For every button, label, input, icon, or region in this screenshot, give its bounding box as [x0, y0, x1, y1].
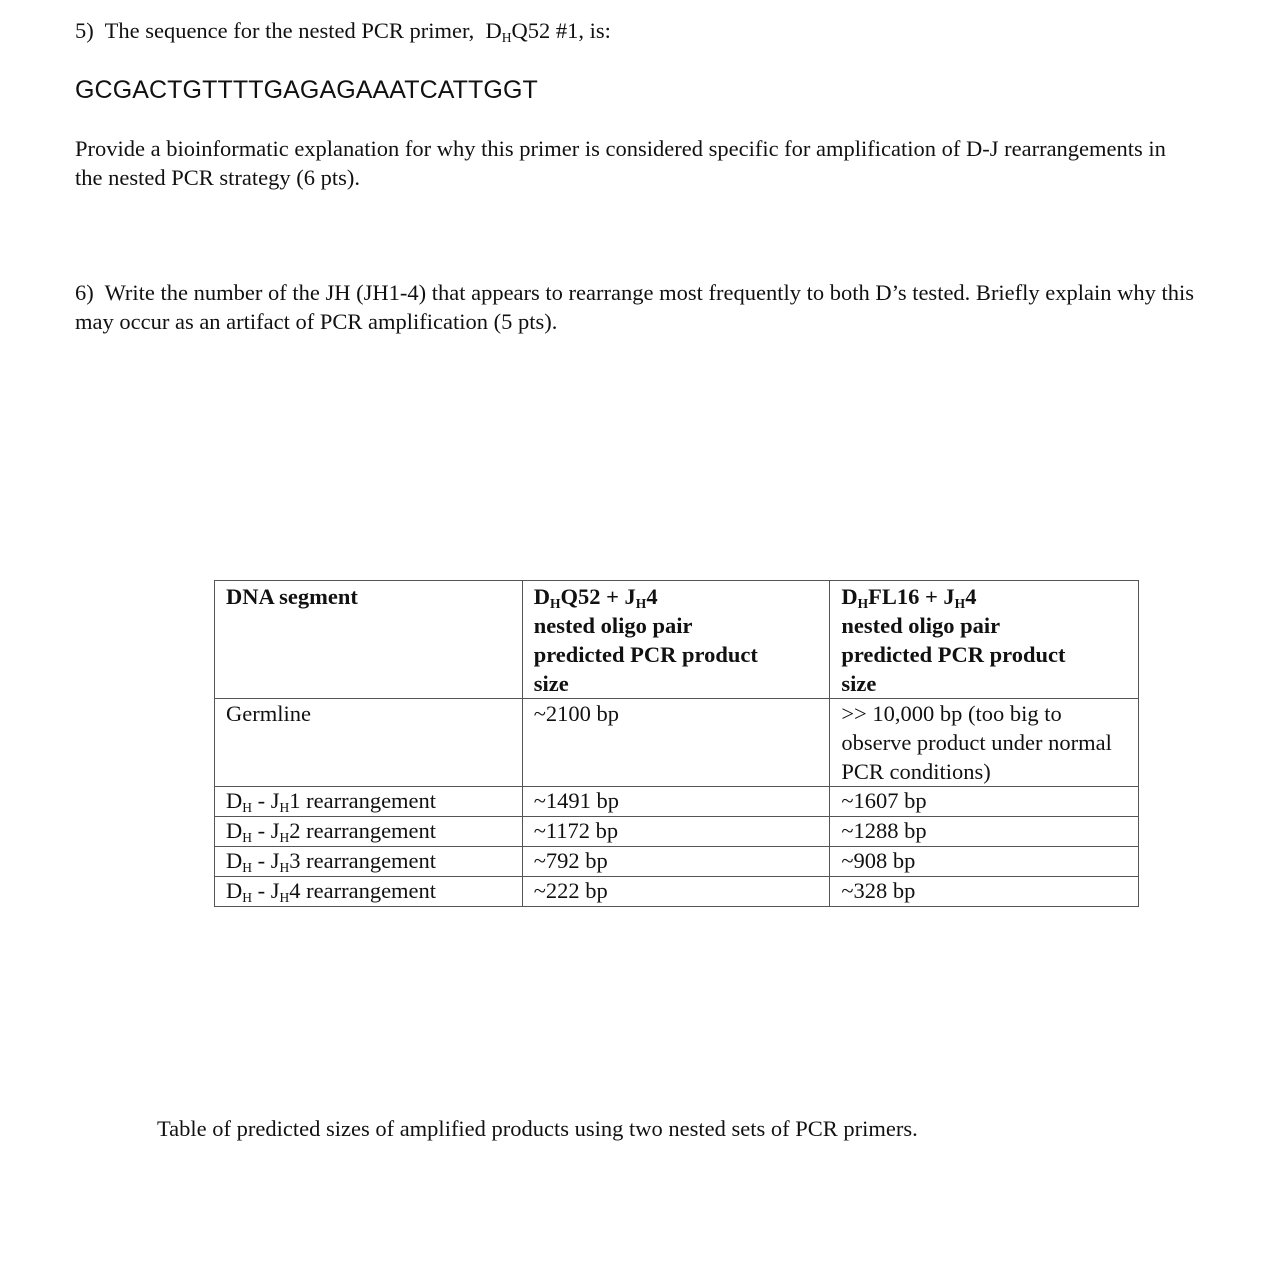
- table-row: DH - JH4 rearrangement ~222 bp ~328 bp: [215, 877, 1139, 907]
- header-dhq52-jh4: DHQ52 + JH4 nested oligo pair predicted …: [522, 581, 830, 699]
- fl16-size: ~1288 bp: [830, 817, 1139, 847]
- table-row: DH - JH3 rearrangement ~792 bp ~908 bp: [215, 847, 1139, 877]
- table-row: DH - JH2 rearrangement ~1172 bp ~1288 bp: [215, 817, 1139, 847]
- segment-label: DH - JH3 rearrangement: [215, 847, 523, 877]
- question-5-prompt: Provide a bioinformatic explanation for …: [75, 134, 1195, 192]
- fl16-size: >> 10,000 bp (too big to observe product…: [830, 699, 1139, 787]
- question-6-prompt: 6) Write the number of the JH (JH1-4) th…: [75, 278, 1195, 336]
- q52-size: ~1491 bp: [522, 787, 830, 817]
- table-row: DH - JH1 rearrangement ~1491 bp ~1607 bp: [215, 787, 1139, 817]
- table-caption: Table of predicted sizes of amplified pr…: [157, 1114, 918, 1143]
- pcr-product-size-table: DNA segment DHQ52 + JH4 nested oligo pai…: [214, 580, 1139, 907]
- segment-label: DH - JH4 rearrangement: [215, 877, 523, 907]
- question-number: 6): [75, 280, 94, 305]
- question-text: The sequence for the nested PCR primer,: [105, 18, 475, 43]
- segment-label: DH - JH1 rearrangement: [215, 787, 523, 817]
- q52-size: ~2100 bp: [522, 699, 830, 787]
- q52-size: ~222 bp: [522, 877, 830, 907]
- question-5-intro: 5) The sequence for the nested PCR prime…: [75, 16, 611, 45]
- q52-size: ~792 bp: [522, 847, 830, 877]
- question-text: Write the number of the JH (JH1-4) that …: [75, 280, 1194, 334]
- primer-sequence: GCGACTGTTTTGAGAGAAATCATTGGT: [75, 74, 538, 106]
- segment-label: Germline: [215, 699, 523, 787]
- fl16-size: ~908 bp: [830, 847, 1139, 877]
- primer-name: DHQ52 #1, is:: [485, 18, 610, 43]
- table-row: Germline ~2100 bp >> 10,000 bp (too big …: [215, 699, 1139, 787]
- segment-label: DH - JH2 rearrangement: [215, 817, 523, 847]
- header-dhfl16-jh4: DHFL16 + JH4 nested oligo pair predicted…: [830, 581, 1139, 699]
- fl16-size: ~328 bp: [830, 877, 1139, 907]
- fl16-size: ~1607 bp: [830, 787, 1139, 817]
- q52-size: ~1172 bp: [522, 817, 830, 847]
- header-dna-segment: DNA segment: [215, 581, 523, 699]
- question-number: 5): [75, 18, 94, 43]
- table-header-row: DNA segment DHQ52 + JH4 nested oligo pai…: [215, 581, 1139, 699]
